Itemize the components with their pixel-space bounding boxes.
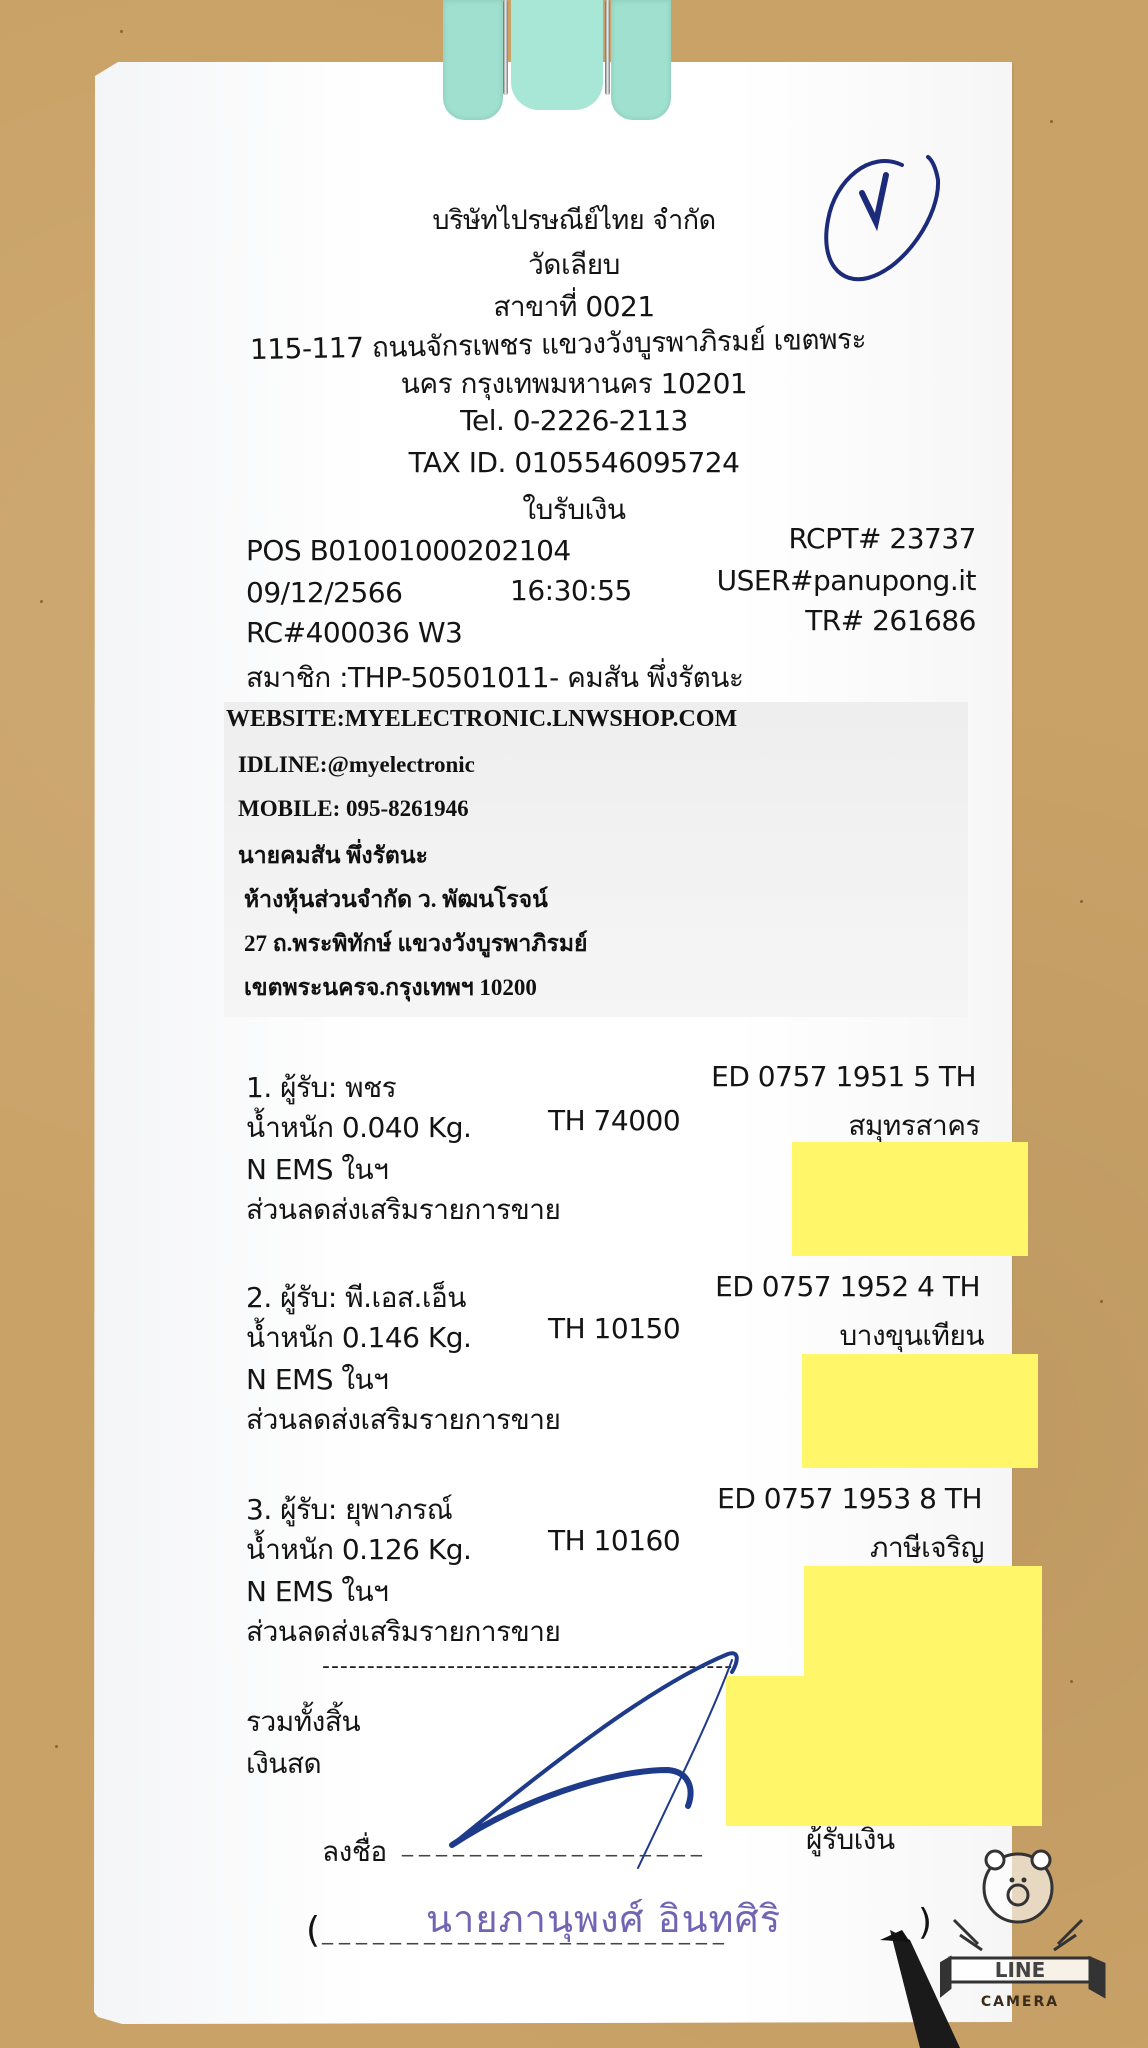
redacted-amount-3	[804, 1566, 1042, 1678]
item-recipient: 3. ผู้รับ: ยุพาภรณ์	[246, 1488, 452, 1532]
date: 09/12/2566	[246, 576, 402, 609]
telephone: Tel. 0-2226-2113	[0, 404, 1148, 437]
item-postcode: TH 10150	[548, 1312, 680, 1345]
name-open-paren: (	[306, 1910, 320, 1951]
sender-website: WEBSITE:MYELECTRONIC.LNWSHOP.COM	[226, 706, 737, 733]
item-postcode: TH 10160	[548, 1524, 680, 1557]
signature-label: ลงชื่อ	[322, 1830, 387, 1874]
total-label: รวมทั้งสิ้น	[246, 1700, 360, 1744]
branch-name: วัดเลียบ	[0, 243, 1148, 287]
line-camera-text: CAMERA	[981, 1994, 1059, 2010]
totals-divider: ----------------------------------------…	[322, 1654, 733, 1679]
sender-line-id: IDLINE:@myelectronic	[238, 752, 475, 778]
item-service: N EMS ในฯ	[246, 1148, 388, 1192]
item-weight: น้ำหนัก 0.146 Kg.	[246, 1316, 471, 1360]
line-brand-text: LINE	[995, 1958, 1046, 1982]
signature-line: _ _ _ _ _ _ _ _ _ _ _ _ _ _ _ _ _ _	[402, 1832, 701, 1857]
sender-label: WEBSITE:MYELECTRONIC.LNWSHOP.COM IDLINE:…	[224, 702, 968, 1017]
address-line-2: นคร กรุงเทพมหานคร 10201	[0, 362, 1148, 406]
item-tracking: ED 0757 1951 5 TH	[711, 1060, 976, 1093]
cash-label: เงินสด	[246, 1742, 321, 1786]
item-discount: ส่วนลดส่งเสริมรายการขาย	[246, 1398, 560, 1442]
rc-number: RC#400036 W3	[246, 616, 462, 649]
sender-owner: นายคมสัน พึ่งรัตนะ	[238, 838, 428, 874]
member-info: สมาชิก :THP-50501011- คมสัน พึ่งรัตนะ	[246, 656, 743, 700]
line-camera-logo-icon: LINE CAMERA	[940, 1840, 1120, 2020]
company-name: บริษัทไปรษณีย์ไทย จำกัด	[0, 198, 1148, 241]
receipt-number: RCPT# 23737	[788, 522, 976, 555]
item-tracking: ED 0757 1953 8 TH	[717, 1482, 982, 1515]
sender-mobile: MOBILE: 095-8261946	[238, 796, 469, 822]
item-recipient: 2. ผู้รับ: พี.เอส.เอ็น	[246, 1276, 466, 1320]
item-weight: น้ำหนัก 0.040 Kg.	[246, 1106, 471, 1150]
item-service: N EMS ในฯ	[246, 1358, 388, 1402]
item-tracking: ED 0757 1952 4 TH	[715, 1270, 980, 1303]
item-postcode: TH 74000	[548, 1104, 680, 1137]
sender-address-2: เขตพระนครจ.กรุงเทพฯ 10200	[244, 970, 537, 1006]
item-discount: ส่วนลดส่งเสริมรายการขาย	[246, 1610, 560, 1654]
stamped-name: นายภานุพงศ์ อินทศิริ	[426, 1888, 781, 1949]
sender-address-1: 27 ถ.พระพิทักษ์ แขวงวังบูรพาภิรมย์	[244, 926, 587, 962]
time: 16:30:55	[510, 574, 632, 607]
item-province: ภาษีเจริญ	[870, 1526, 984, 1570]
tax-id: TAX ID. 0105546095724	[0, 446, 1148, 479]
item-recipient: 1. ผู้รับ: พชร	[246, 1066, 396, 1110]
redacted-amount-2	[802, 1354, 1038, 1468]
item-province: บางขุนเทียน	[839, 1314, 984, 1358]
sender-company: ห้างหุ้นส่วนจำกัด ว. พัฒนโรจน์	[244, 882, 548, 918]
pos-number: POS B01001000202104	[246, 534, 571, 567]
tr-number: TR# 261686	[805, 604, 976, 637]
item-weight: น้ำหนัก 0.126 Kg.	[246, 1528, 471, 1572]
item-discount: ส่วนลดส่งเสริมรายการขาย	[246, 1188, 560, 1232]
redacted-totals	[726, 1676, 1042, 1826]
redacted-amount-1	[792, 1142, 1028, 1256]
user: USER#panupong.it	[717, 564, 976, 597]
pen-icon	[880, 1930, 960, 2048]
item-service: N EMS ในฯ	[246, 1570, 388, 1614]
